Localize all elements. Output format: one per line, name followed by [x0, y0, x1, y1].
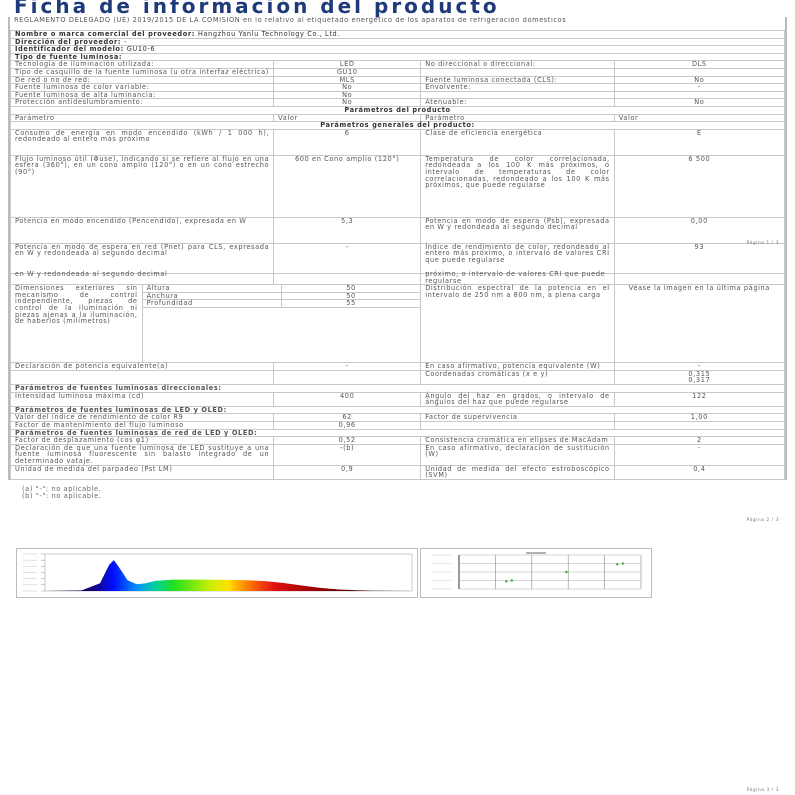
dimension-name: Profundidad	[143, 300, 282, 308]
spectral-label: Distribución espectral de la potencia en…	[421, 285, 615, 363]
directional-row: Intensidad luminosa máxima (cd)400Ángulo…	[11, 392, 785, 406]
equivalent-label: Declaración de potencia equivalente(a)	[11, 363, 274, 371]
mains-param-label: Unidad de medida del parpadeo (Pst LM)	[11, 465, 274, 479]
col-param: Parámetro	[11, 114, 274, 122]
source-type-rows: Tecnología de iluminación utilizada:LEDN…	[11, 61, 785, 107]
product-info-table-continued: en W y redondeada al segundo decimal pró…	[10, 271, 785, 480]
led-param-label-2	[421, 421, 615, 429]
directional-value: 400	[274, 392, 421, 406]
product-info-table: Nombre o marca comercial del proveedor: …	[10, 30, 785, 274]
mains-param-label-2: Unidad de medida del efecto estroboscópi…	[421, 465, 615, 479]
page-2-number: Página 2 / 3	[746, 518, 779, 523]
model-value: GU10-6	[127, 45, 156, 53]
equivalent-row: Coordenadas cromáticas (x e y)0,315 0,31…	[11, 370, 785, 384]
dimension-row: Altura50	[143, 285, 421, 292]
mains-param-row: Declaración de que una fuente luminosa d…	[11, 444, 785, 465]
source-type-value-2	[614, 68, 784, 76]
directional-label: Intensidad luminosa máxima (cd)	[11, 392, 274, 406]
mains-param-label-2: En caso afirmativo, declaración de susti…	[421, 444, 615, 465]
general-param-label-2: Temperatura de color correlacionada, red…	[421, 155, 615, 217]
mains-param-value: 0,9	[274, 465, 421, 479]
directional-value-2: 122	[614, 392, 784, 406]
col-value-2: Valor	[614, 114, 784, 122]
equivalent-value-2: 0,315 0,317	[614, 370, 784, 384]
led-param-value-2	[614, 421, 784, 429]
led-param-label: Factor de mantenimiento del flujo lumino…	[11, 421, 274, 429]
dimension-value: 55	[281, 300, 420, 308]
supplier-value: Hangzhou Yanlu Technology Co., Ltd.	[198, 30, 340, 38]
dimensions-subtable: Altura50Anchura50Profundidad55	[143, 285, 421, 308]
mains-param-value-2: -	[614, 444, 784, 465]
page-title: Ficha de información del producto	[14, 0, 500, 18]
equivalent-label	[11, 370, 274, 384]
mains-param-label: Declaración de que una fuente luminosa d…	[11, 444, 274, 465]
equivalent-row: Declaración de potencia equivalente(a)-E…	[11, 363, 785, 371]
footnote-b: (b) "-": no aplicable.	[22, 493, 101, 500]
dimension-row: Profundidad55	[143, 300, 421, 308]
general-param-value-2: 6 500	[614, 155, 784, 217]
source-type-label: Tipo de casquillo de la fuente luminosa …	[11, 68, 274, 76]
source-type-row: Tipo de casquillo de la fuente luminosa …	[11, 68, 785, 76]
source-type-value: GU10	[274, 68, 421, 76]
source-type-label-2	[421, 68, 615, 76]
source-type-label: Protección antideslumbramiento:	[11, 99, 274, 107]
source-type-label-2: Envolvente:	[421, 84, 615, 92]
model-row: Identificador del modelo: GU10-6	[11, 46, 785, 54]
model-label: Identificador del modelo:	[15, 45, 124, 53]
source-type-value-2: -	[614, 84, 784, 92]
general-param-label: Flujo luminoso útil (Φuse), indicando si…	[11, 155, 274, 217]
general-param-row: Flujo luminoso útil (Φuse), indicando si…	[11, 155, 785, 217]
page-1-number: Página 1 / 3	[746, 241, 779, 246]
directional-label-2: Ángulo del haz en grados, o intervalo de…	[421, 392, 615, 406]
general-param-value-2: 93	[614, 243, 784, 273]
general-param-label-2: Clase de eficiencia energética	[421, 129, 615, 155]
page-2-frame: en W y redondeada al segundo decimal pró…	[8, 271, 787, 480]
equivalent-value: -	[274, 363, 421, 371]
directional-heading: Parámetros de fuentes luminosas direccio…	[11, 384, 785, 392]
general-param-value: 5,3	[274, 217, 421, 243]
general-param-value: 6	[274, 129, 421, 155]
page-1: Ficha de información del producto REGLAM…	[0, 0, 795, 260]
general-param-row: Potencia en modo de espera en red (Pnet)…	[11, 243, 785, 273]
general-param-label: Consumo de energía en modo encendido (kW…	[11, 129, 274, 155]
regulation-text: REGLAMENTO DELEGADO (UE) 2019/2015 DE LA…	[10, 17, 785, 30]
general-param-value-2: E	[614, 129, 784, 155]
dimensions-row: Dimensiones exteriores sin mecanismo de …	[11, 285, 785, 363]
general-param-value: -	[274, 243, 421, 273]
mains-param-row: Unidad de medida del parpadeo (Pst LM)0,…	[11, 465, 785, 479]
general-param-row: Potencia en modo encendido (Pencendido),…	[11, 217, 785, 243]
page-2: en W y redondeada al segundo decimal pró…	[0, 271, 795, 531]
chromaticity-plot	[421, 549, 651, 597]
mains-param-value: -(b)	[274, 444, 421, 465]
led-param-value: 0,96	[274, 421, 421, 429]
product-params-heading: Parámetros del producto	[11, 106, 785, 114]
page-3-number: Página 3 / 3	[746, 788, 779, 793]
page-3: Página 3 / 3	[0, 540, 795, 795]
led-param-value-2: 1,00	[614, 414, 784, 422]
led-param-label-2: Factor de supervivencia	[421, 414, 615, 422]
source-type-value-2: No	[614, 99, 784, 107]
general-param-label-2: Potencia en modo de espera (Psb), expres…	[421, 217, 615, 243]
chromaticity-chart	[420, 548, 652, 598]
general-param-value-2: 0,00	[614, 217, 784, 243]
page-1-frame: REGLAMENTO DELEGADO (UE) 2019/2015 DE LA…	[8, 17, 787, 274]
led-rows: Valor del índice de rendimiento de color…	[11, 414, 785, 429]
source-type-label-2: No direccional o direccional:	[421, 61, 615, 69]
general-param-label-2: Índice de rendimiento de color, redondea…	[421, 243, 615, 273]
general-param-value: 600 en Cono amplio (120°)	[274, 155, 421, 217]
general-rows: Consumo de energía en modo encendido (kW…	[11, 129, 785, 273]
footnotes: (a) "-": no aplicable. (b) "-": no aplic…	[0, 486, 101, 500]
spectrum-plot	[17, 549, 417, 597]
general-param-row: Consumo de energía en modo encendido (kW…	[11, 129, 785, 155]
directional-rows: Intensidad luminosa máxima (cd)400Ángulo…	[11, 392, 785, 406]
dimensions-label: Dimensiones exteriores sin mecanismo de …	[11, 285, 143, 363]
equivalent-power-rows: Declaración de potencia equivalente(a)-E…	[11, 363, 785, 385]
mains-rows: Factor de desplazamiento (cos φ1)0,52Con…	[11, 437, 785, 480]
general-param-label: Potencia en modo de espera en red (Pnet)…	[11, 243, 274, 273]
source-type-value-2: DLS	[614, 61, 784, 69]
general-param-label: Potencia en modo encendido (Pencendido),…	[11, 217, 274, 243]
spectrum-chart	[16, 548, 418, 598]
continued-row: en W y redondeada al segundo decimal pró…	[11, 271, 785, 285]
spectral-value: Véase la imagen en la última página	[614, 285, 784, 363]
equivalent-value	[274, 370, 421, 384]
mains-param-value-2: 0,4	[614, 465, 784, 479]
led-param-row: Factor de mantenimiento del flujo lumino…	[11, 421, 785, 429]
equivalent-label-2: Coordenadas cromáticas (x e y)	[421, 370, 615, 384]
